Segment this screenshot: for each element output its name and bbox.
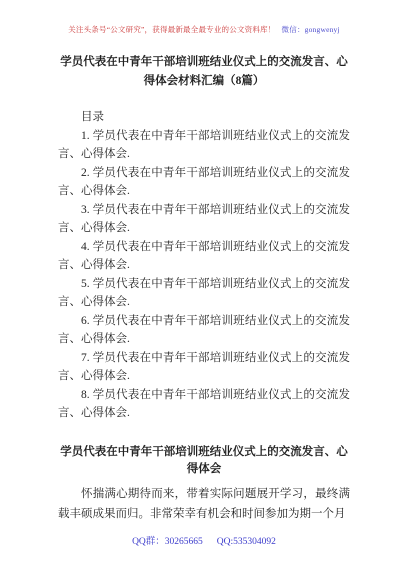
footer-qq: QQ:535304092	[217, 537, 276, 547]
section-heading: 学员代表在中青年干部培训班结业仪式上的交流发言、心得体会	[58, 444, 350, 478]
toc-item-2: 2. 学员代表在中青年干部培训班结业仪式上的交流发言、心得体会.	[58, 164, 350, 201]
toc-item-7: 7. 学员代表在中青年干部培训班结业仪式上的交流发言、心得体会.	[58, 349, 350, 386]
toc-item-8: 8. 学员代表在中青年干部培训班结业仪式上的交流发言、心得体会.	[58, 386, 350, 423]
document-page: 关注头条号“公文研究”，获得最新最全最专业的公文资料库！ 微信：gongweny…	[0, 0, 408, 580]
document-content: 学员代表在中青年干部培训班结业仪式上的交流发言、心得体会材料汇编（8篇） 目录 …	[58, 53, 350, 524]
toc-item-1: 1. 学员代表在中青年干部培训班结业仪式上的交流发言、心得体会.	[58, 127, 350, 164]
header-wechat-contact: 微信：gongwenyj	[282, 25, 340, 34]
page-footer: QQ群：30265665QQ:535304092	[0, 533, 408, 547]
toc-item-5: 5. 学员代表在中青年干部培训班结业仪式上的交流发言、心得体会.	[58, 275, 350, 312]
section-paragraph: 怀揣满心期待而来，带着实际问题展开学习，最终满载丰硕成果而归。非常荣幸有机会和时…	[58, 484, 350, 524]
document-title: 学员代表在中青年干部培训班结业仪式上的交流发言、心得体会材料汇编（8篇）	[58, 53, 350, 91]
toc-item-4: 4. 学员代表在中青年干部培训班结业仪式上的交流发言、心得体会.	[58, 238, 350, 275]
toc-item-3: 3. 学员代表在中青年干部培训班结业仪式上的交流发言、心得体会.	[58, 201, 350, 238]
toc-heading: 目录	[58, 108, 350, 127]
toc-item-6: 6. 学员代表在中青年干部培训班结业仪式上的交流发言、心得体会.	[58, 312, 350, 349]
page-header: 关注头条号“公文研究”，获得最新最全最专业的公文资料库！ 微信：gongweny…	[0, 24, 408, 35]
footer-qq-group: QQ群：30265665	[132, 537, 203, 547]
header-notice: 关注头条号“公文研究”，获得最新最全最专业的公文资料库！	[68, 25, 275, 34]
